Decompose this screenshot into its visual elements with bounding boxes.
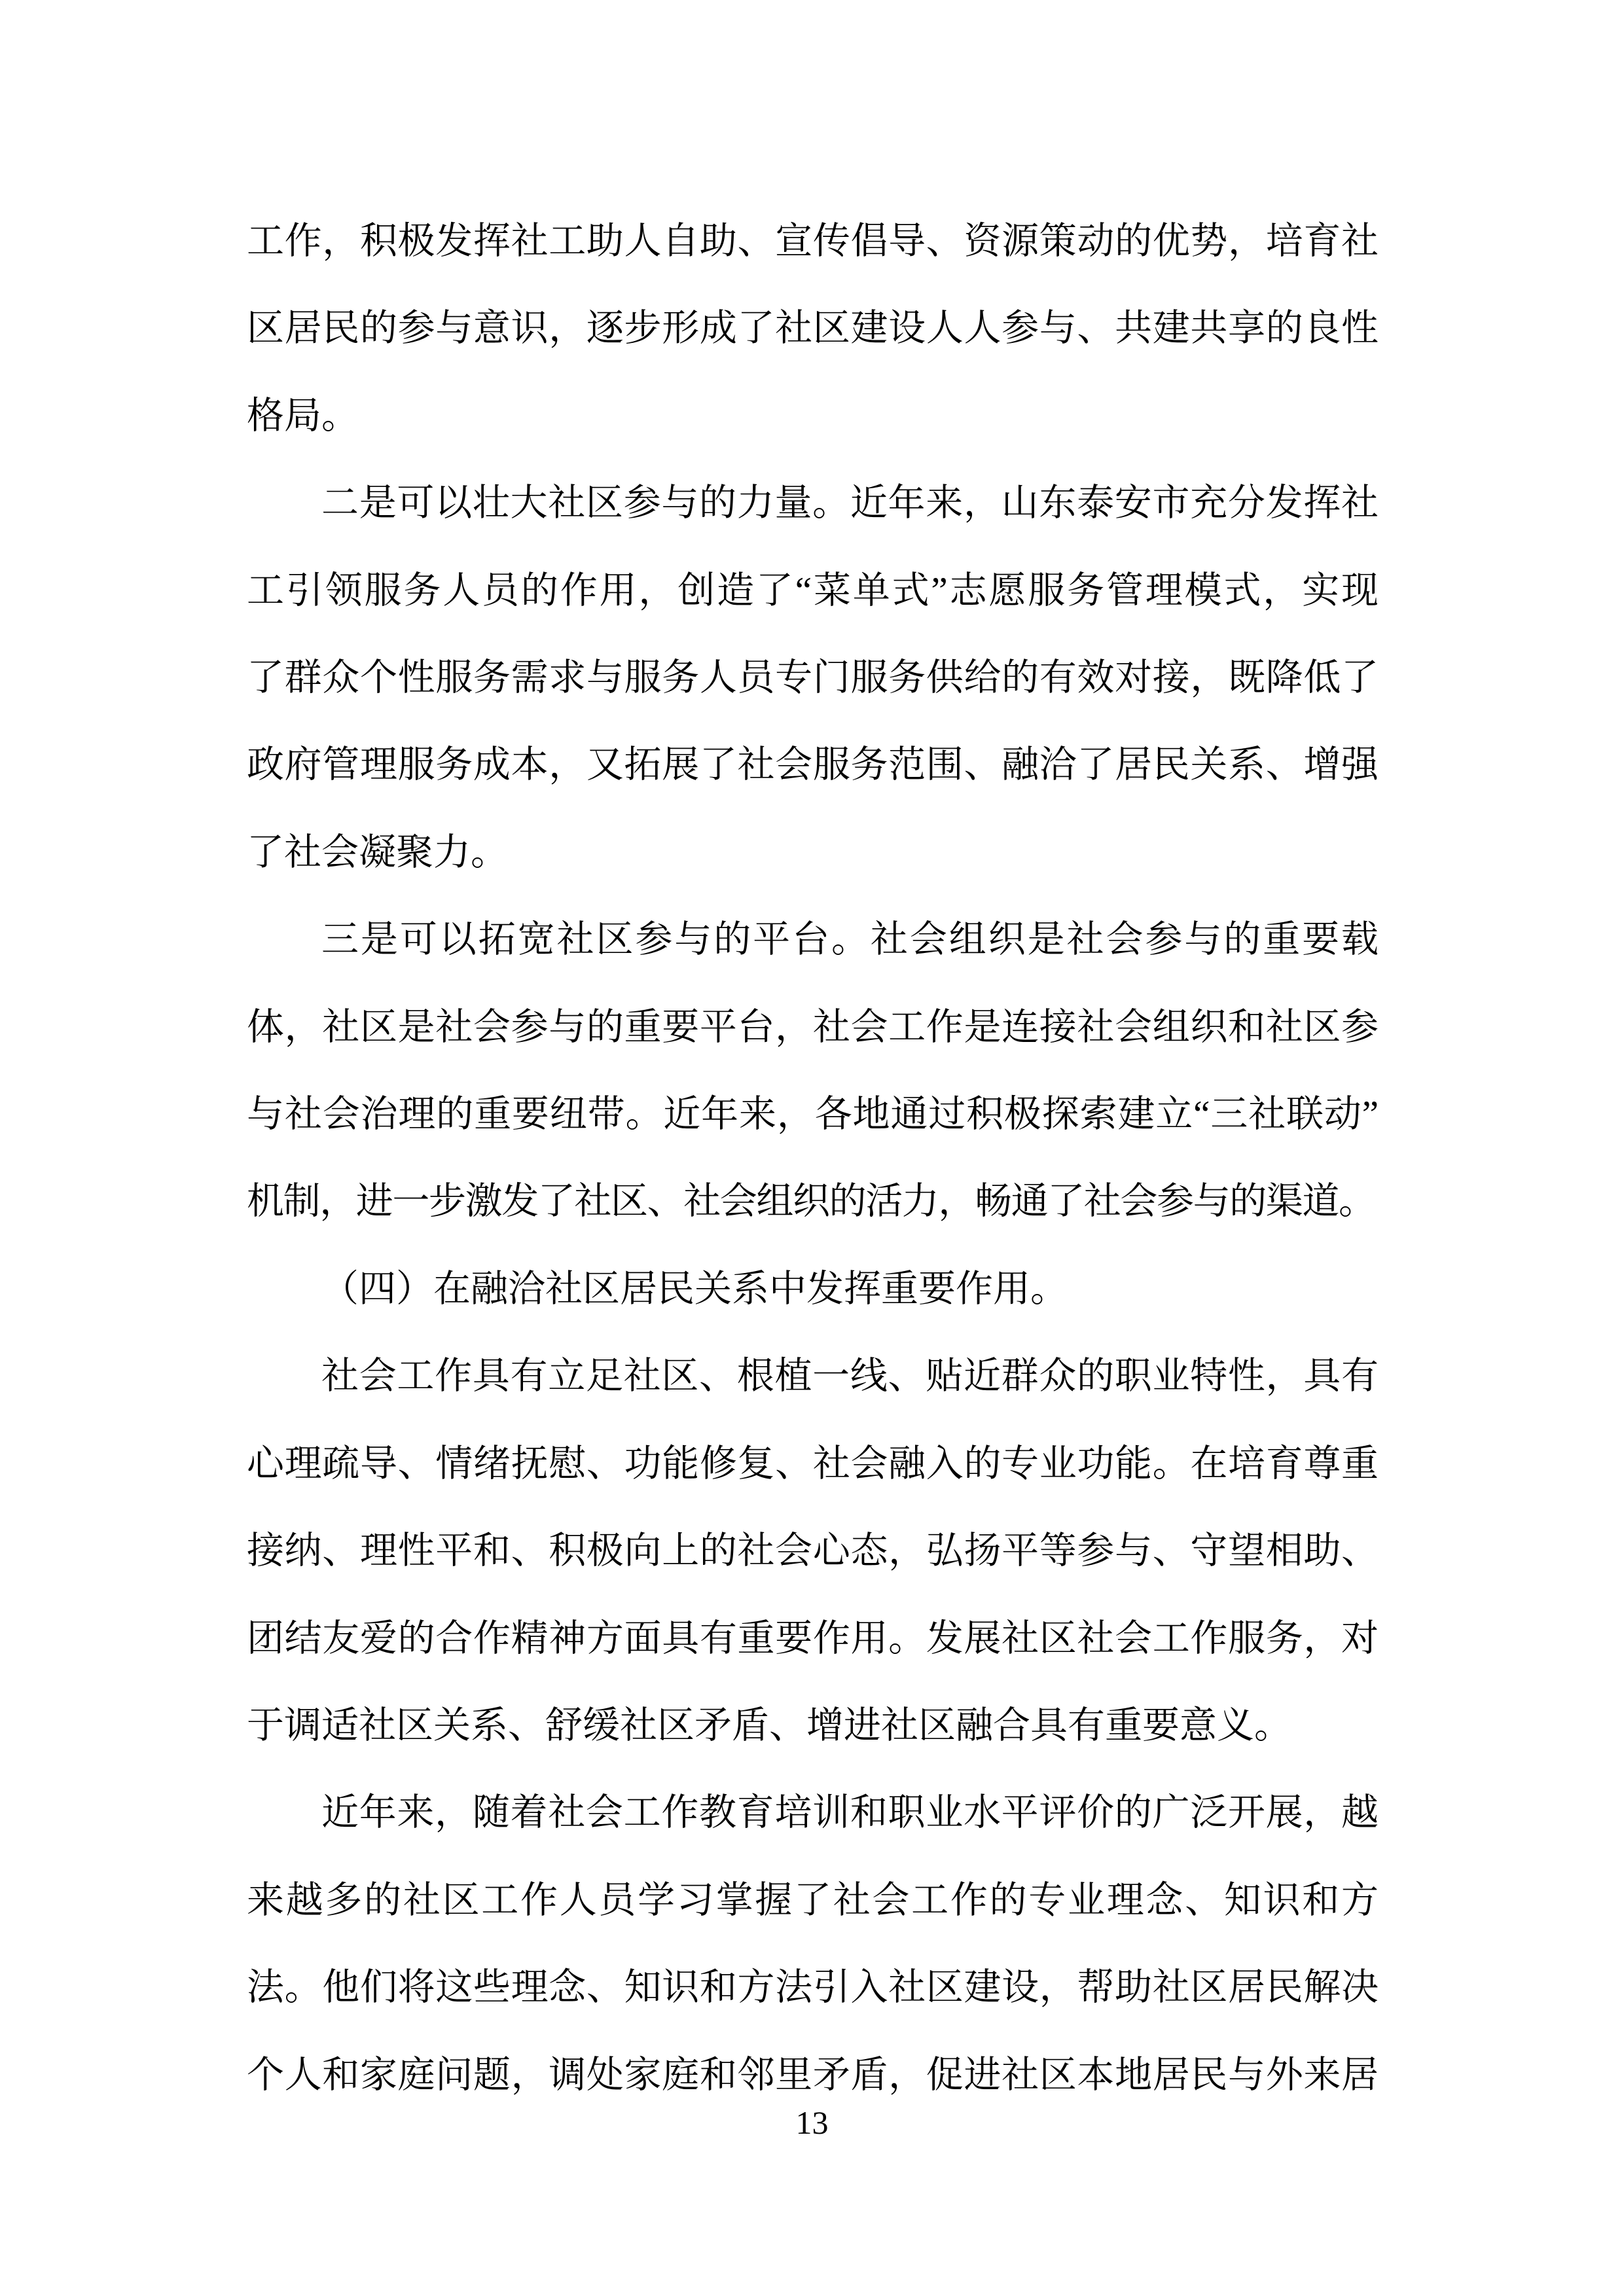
text-line: 机制，进一步激发了社区、社会组织的活力，畅通了社会参与的渠道。 bbox=[247, 1158, 1379, 1245]
text-line: 近年来，随着社会工作教育培训和职业水平评价的广泛开展，越 bbox=[247, 1769, 1379, 1856]
text-line: 格局。 bbox=[247, 372, 1379, 459]
text-line: 三是可以拓宽社区参与的平台。社会组织是社会参与的重要载 bbox=[247, 896, 1379, 983]
text-line: 二是可以壮大社区参与的力量。近年来，山东泰安市充分发挥社 bbox=[247, 459, 1379, 547]
text-line: 来越多的社区工作人员学习掌握了社会工作的专业理念、知识和方 bbox=[247, 1857, 1379, 1944]
text-line: 区居民的参与意识，逐步形成了社区建设人人参与、共建共享的良性 bbox=[247, 285, 1379, 372]
text-line: 工作，积极发挥社工助人自助、宣传倡导、资源策动的优势，培育社 bbox=[247, 198, 1379, 285]
text-line: 了群众个性服务需求与服务人员专门服务供给的有效对接，既降低了 bbox=[247, 634, 1379, 721]
text-line: 于调适社区关系、舒缓社区矛盾、增进社区融合具有重要意义。 bbox=[247, 1682, 1379, 1769]
text-line: 法。他们将这些理念、知识和方法引入社区建设，帮助社区居民解决 bbox=[247, 1944, 1379, 2031]
page-number: 13 bbox=[0, 2102, 1624, 2143]
text-line: 接纳、理性平和、积极向上的社会心态，弘扬平等参与、守望相助、 bbox=[247, 1507, 1379, 1594]
text-line: 政府管理服务成本，又拓展了社会服务范围、融洽了居民关系、增强 bbox=[247, 721, 1379, 808]
document-page: 工作，积极发挥社工助人自助、宣传倡导、资源策动的优势，培育社 区居民的参与意识，… bbox=[0, 0, 1624, 2296]
text-line: 团结友爱的合作精神方面具有重要作用。发展社区社会工作服务，对 bbox=[247, 1595, 1379, 1682]
text-line: 社会工作具有立足社区、根植一线、贴近群众的职业特性，具有 bbox=[247, 1333, 1379, 1420]
text-line: 体，社区是社会参与的重要平台，社会工作是连接社会组织和社区参 bbox=[247, 984, 1379, 1071]
text-line: 工引领服务人员的作用，创造了“菜单式”志愿服务管理模式，实现 bbox=[247, 547, 1379, 634]
text-line: 了社会凝聚力。 bbox=[247, 809, 1379, 896]
text-line: 与社会治理的重要纽带。近年来，各地通过积极探索建立“三社联动” bbox=[247, 1071, 1379, 1158]
text-line: 心理疏导、情绪抚慰、功能修复、社会融入的专业功能。在培育尊重 bbox=[247, 1420, 1379, 1507]
document-body: 工作，积极发挥社工助人自助、宣传倡导、资源策动的优势，培育社 区居民的参与意识，… bbox=[247, 198, 1379, 2119]
text-line: （四）在融洽社区居民关系中发挥重要作用。 bbox=[247, 1246, 1379, 1333]
